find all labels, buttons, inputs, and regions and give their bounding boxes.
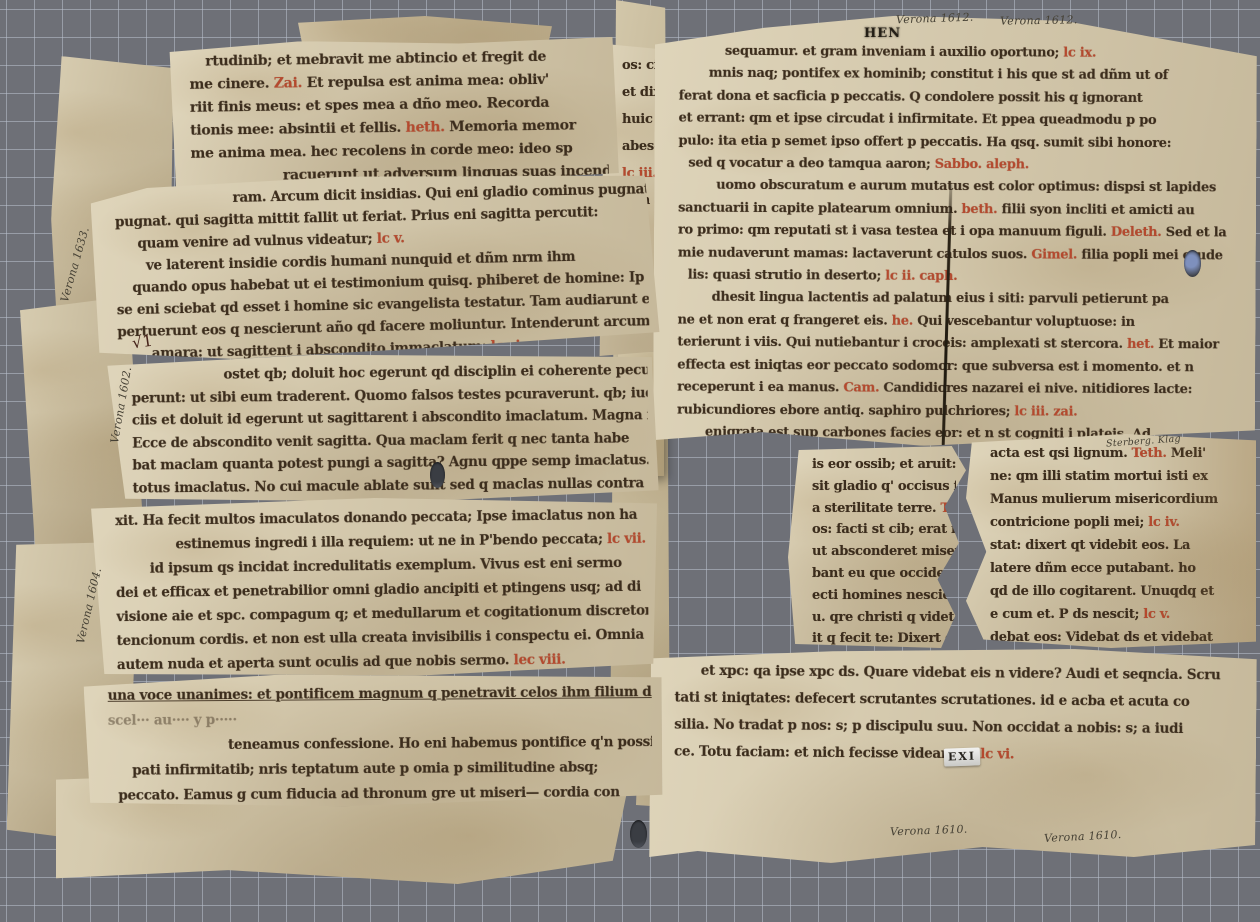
manuscript-text-line: uomo obscuratum e aurum mutatus est colo… [678, 175, 1246, 200]
ink-text: Sed et la [1161, 225, 1226, 240]
ink-text: debat eos: Videbat ds et videbat [990, 630, 1213, 645]
manuscript-text-line: sed q vocatur a deo tamqua aaron; Sabbo.… [678, 153, 1246, 178]
ink-text: sed q vocatur a deo tamqua aaron; [688, 156, 934, 172]
manuscript-text-line: sit gladio q' occisus fame [812, 476, 956, 498]
manuscript-text-line: ne et non erat q frangeret eis. he. Qui … [677, 309, 1245, 334]
ink-text: a sterilitate terre. [812, 501, 940, 516]
manuscript-text-line: rubicundiores ebore antiq. saphiro pulch… [677, 399, 1245, 424]
ink-text: filii syon incliti et amicti au [997, 202, 1194, 218]
text-block: sequamur. et gram inveniam i auxilio opo… [653, 14, 1257, 447]
ink-text: teneamus confessione. Ho eni habemus pon… [228, 734, 652, 753]
manuscript-text-line: et errant: qm et ipse circudat i infirmi… [679, 108, 1247, 133]
manuscript-text-line: dhesit lingua lactentis ad palatum eius … [678, 287, 1246, 312]
ink-text: Et repulsa est anima mea: obliv' [302, 72, 549, 91]
ink-text: ce. Totu faciam: et nich fecisse videamu… [674, 744, 980, 763]
manuscript-text-line: effecta est iniqtas eor peccato sodomor:… [677, 354, 1245, 379]
manuscript-text-line: latere dñm ecce putabant. ho [990, 557, 1246, 580]
ink-text: bat maclam quanta potest pungi a sagitta… [132, 452, 648, 473]
parchment-fragment-left-1: rtudinib; et mebravit me abtincio et fre… [165, 37, 619, 191]
manuscript-text-line: ferat dona et sacficia p peccatis. Q con… [679, 85, 1247, 110]
manuscript-text-line: os: facti st cib; erat i [812, 519, 956, 541]
rubric-text: lec viii. [514, 652, 566, 669]
manuscript-text-line: it q fecit te: Dixert q vi [812, 628, 956, 650]
ink-text: is eor ossib; et aruit: et f [812, 457, 956, 472]
ink-text: u. qre christi q videt in [812, 610, 956, 625]
ink-text: rubicundiores ebore antiq. saphiro pulch… [677, 402, 1014, 419]
parchment-fragment-left-4: xit. Ha fecit multos imaculatos donando … [91, 495, 659, 680]
ink-text: tencionum cordis. et non est ulla creata… [117, 627, 644, 649]
ink-text: et xpc: qa ipse xpc ds. Quare videbat ei… [701, 663, 1221, 684]
ink-text: mie nudaverunt mamas: lactaverunt catulo… [678, 245, 1032, 262]
ink-text: ciis et doluit id egerunt ut sagittarent… [132, 407, 648, 429]
ink-text: sanctuarii in capite platearum omnium. [678, 200, 962, 216]
ink-text: rtudinib; et mebravit me abtincio et fre… [205, 49, 546, 70]
rubric-text: heth. [406, 119, 445, 136]
manuscript-text-line: pulo: ita etia p semet ipso offert p pec… [678, 130, 1246, 155]
ink-text: it q fecit te: Dixert q vi [812, 631, 956, 646]
ink-text: Meli' [1167, 446, 1206, 461]
annotation-verona-1610-a: Verona 1610. [890, 823, 968, 839]
ink-text: lis: quasi strutio in deserto; [688, 268, 886, 284]
manuscript-text-line: pati infirmitatib; nris teptatum aute p … [108, 755, 652, 784]
rubric-text: lc v. [1143, 607, 1170, 622]
annotation-verona-1612-a: Verona 1612. [896, 11, 974, 27]
rubric-text: Deleth. [1111, 225, 1162, 240]
ink-text: totus imaclatus. No cui macule ablate su… [133, 475, 644, 496]
ink-text: perunt: ut sibi eum traderent. Quomo fal… [132, 385, 648, 407]
ink-text: estinemus ingredi i illa requiem: ut ne … [175, 531, 607, 552]
ink-text: mnis naq; pontifex ex hominib; constitut… [709, 66, 1168, 83]
manuscript-text-line: u. qre christi q videt in [812, 607, 956, 629]
ink-text: latere dñm ecce putabant. ho [990, 561, 1196, 576]
ink-text: ostet qb; doluit hoc egerunt qd discipli… [223, 361, 647, 382]
manuscript-text-line: a sterilitate terre. Tet. [812, 498, 956, 520]
manuscript-text-line: sequamur. et gram inveniam i auxilio opo… [679, 41, 1247, 66]
ink-text: Candidiores nazarei ei nive. nitidiores … [879, 381, 1192, 398]
ink-text: bant eu que occidebant: [812, 566, 956, 581]
manuscript-text-line: receperunt i ea manus. Cam. Candidiores … [677, 377, 1245, 402]
rubric-text: lc iv. [1148, 515, 1179, 530]
parchment-fragment-left-2: ram. Arcum dicit insidias. Qui eni gladi… [90, 170, 660, 362]
parchment-fragment-left-5: una voce unanimes: et pontificem magnum … [84, 672, 663, 808]
rubric-text: lc vi. [980, 746, 1014, 762]
rubric-text: lc v. [377, 230, 405, 247]
ink-text: tati st iniqtates: defecert scrutantes s… [674, 690, 1189, 710]
ink-text: xit. Ha fecit multos imaculatos donando … [115, 507, 637, 529]
manuscript-text-line: stat: dixert qt videbit eos. La [990, 534, 1246, 557]
rubric-text: Teth. [1132, 446, 1167, 461]
manuscript-text-line: ne: qm illi statim mortui isti ex [990, 465, 1246, 488]
ink-text: pulo: ita etia p semet ipso offert p pec… [678, 133, 1171, 151]
ink-text: Ecce de abscondito venit sagitta. Qua ma… [132, 430, 629, 451]
manuscript-text-line: ro primo: qm reputati st i vasa testea e… [678, 220, 1246, 245]
manuscript-text-line: sanctuarii in capite platearum omnium. b… [678, 197, 1246, 222]
manuscript-text-line: scel··· au···· y p····· [108, 705, 652, 734]
ink-text: Memoria memor [445, 117, 576, 135]
manuscript-text-line: autem nuda et aperta sunt oculis ad que … [117, 647, 649, 677]
rubric-text: lc vii. [607, 531, 646, 547]
ink-text: ne: qm illi statim mortui isti ex [990, 469, 1208, 484]
manuscript-text-line: ecti homines nesciebant [812, 585, 956, 607]
rubric-text: Cam. [843, 381, 879, 396]
ink-text: stat: dixert qt videbit eos. La [990, 538, 1190, 553]
ink-text: sequamur. et gram inveniam i auxilio opo… [725, 44, 1063, 61]
ink-text: Manus mulierum misericordium [990, 492, 1218, 507]
manuscript-text-line: mnis naq; pontifex ex hominib; constitut… [679, 63, 1247, 88]
ink-text: os: facti st cib; erat i [812, 522, 956, 537]
ink-text: dei et efficax et penetrabilior omni gla… [116, 579, 641, 601]
rubric-text: Sabbo. aleph. [935, 157, 1029, 172]
ink-text: una voce unanimes: et pontificem magnum … [108, 684, 652, 704]
manuscript-text-line: mie nudaverunt mamas: lactaverunt catulo… [678, 242, 1246, 267]
ink-text: uomo obscuratum e aurum mutatus est colo… [716, 178, 1216, 196]
text-block: acta est qsi lignum. Teth. Meli'ne: qm i… [966, 434, 1256, 648]
manuscript-text-line: debat eos: Videbat ds et videbat [990, 626, 1246, 649]
ink-text: scel··· au···· y p····· [108, 712, 237, 729]
parchment-hole-bottom [630, 820, 647, 848]
exi-label: EXI [944, 747, 981, 766]
ink-text: effecta est iniqtas eor peccato sodomor:… [677, 357, 1193, 375]
rubric-text: Tet. [940, 501, 956, 516]
parchment-fragment-right-3: acta est qsi lignum. Teth. Meli'ne: qm i… [966, 434, 1256, 648]
annotation-verona-1612-b: Verona 1612. [1000, 13, 1078, 27]
parchment-hole-right [1184, 250, 1201, 277]
manuscript-text-line: terierunt i viis. Qui nutiebantur i croc… [677, 332, 1245, 357]
rubric-text: Zai. [274, 75, 303, 91]
parchment-fragment-left-3: ostet qb; doluit hoc egerunt qd discipli… [107, 351, 659, 505]
ink-text: visione aie et spc. compagum q; et medul… [116, 602, 648, 625]
annotation-hen-stamp: HEN [864, 26, 901, 41]
ink-text: ne et non erat q frangeret eis. [677, 312, 891, 328]
rubric-text: lc vi. [491, 338, 525, 355]
text-block: ram. Arcum dicit insidias. Qui eni gladi… [90, 170, 660, 362]
ink-text: terierunt i viis. Qui nutiebantur i croc… [677, 335, 1127, 352]
ink-text: Et maior [1154, 337, 1219, 352]
manuscript-text-line: Manus mulierum misericordium [990, 488, 1246, 511]
ink-text: id ipsum qs incidat incredulitatis exemp… [150, 555, 622, 577]
rubric-text: lc ix. [1063, 46, 1096, 61]
ink-text: autem nuda et aperta sunt oculis ad que … [117, 652, 514, 673]
ink-text: e cum et. P ds nescit; [990, 607, 1143, 622]
manuscript-text-line: bant eu que occidebant: [812, 563, 956, 585]
ink-text: riit finis meus: et spes mea a dño meo. … [190, 95, 549, 116]
manuscript-text-line: teneamus confessione. Ho eni habemus pon… [108, 730, 652, 759]
text-block: una voce unanimes: et pontificem magnum … [84, 672, 663, 808]
text-block: is eor ossib; et aruit: et fsit gladio q… [788, 446, 966, 648]
ink-text: contricione popli mei; [990, 515, 1148, 530]
ink-text: me anima mea. hec recolens in corde meo:… [190, 140, 572, 161]
ink-text: ut absconderet miserico [812, 544, 956, 559]
text-block: ostet qb; doluit hoc egerunt qd discipli… [107, 351, 659, 505]
ink-text: receperunt i ea manus. [677, 380, 843, 396]
rubric-text: lc iii. zai. [1014, 404, 1077, 419]
ink-text: ro primo: qm reputati st i vasa testea e… [678, 223, 1111, 240]
parchment-fragment-right-2: is eor ossib; et aruit: et fsit gladio q… [788, 446, 966, 648]
ink-text: me cinere. [189, 76, 273, 93]
manuscript-text-line: contricione popli mei; lc iv. [990, 511, 1246, 534]
rubric-text: Gimel. [1031, 247, 1077, 262]
manuscript-text-line: is eor ossib; et aruit: et f [812, 454, 956, 476]
parchment-hole-left [430, 462, 445, 488]
text-block: xit. Ha fecit multos imaculatos donando … [91, 495, 659, 680]
rubric-text: het. [1127, 337, 1154, 352]
ink-text: quam venire ad vulnus videatur; [137, 231, 377, 252]
ink-text: tionis mee: absintii et fellis. [190, 120, 406, 139]
annotation-check-mark: √1 [131, 331, 154, 353]
manuscript-text-line: qd de illo cogitarent. Unuqdq et [990, 580, 1246, 603]
rubric-text: he. [892, 314, 913, 329]
ink-text: silia. No tradat p nos: s; p discipulu s… [674, 717, 1183, 737]
parchment-fragment-right-1: sequamur. et gram inveniam i auxilio opo… [653, 14, 1257, 447]
ink-text: qd de illo cogitarent. Unuqdq et [990, 584, 1214, 599]
ink-text: ferat dona et sacficia p peccatis. Q con… [679, 88, 1143, 105]
manuscript-text-line: ut absconderet miserico [812, 541, 956, 563]
cutting-mat: os: cibavitet dixi. Pehuic et tingitabes… [0, 0, 1260, 922]
manuscript-text-line: lis: quasi strutio in deserto; lc ii. ca… [678, 265, 1246, 290]
manuscript-text-line: una voce unanimes: et pontificem magnum … [108, 680, 652, 709]
ink-text: pati infirmitatib; nris teptatum aute p … [132, 759, 598, 778]
manuscript-text-line: totus imaclatus. No cui macule ablate su… [133, 472, 649, 500]
ink-text: et errant: qm et ipse circudat i infirmi… [679, 111, 1157, 129]
text-block: rtudinib; et mebravit me abtincio et fre… [165, 37, 619, 191]
manuscript-text-line: e cum et. P ds nescit; lc v. [990, 603, 1246, 626]
ink-text: sit gladio q' occisus fame [812, 479, 956, 494]
rubric-text: beth. [962, 202, 998, 217]
ink-text: dhesit lingua lactentis ad palatum eius … [712, 290, 1169, 307]
ink-text: ecti homines nesciebant [812, 588, 956, 603]
